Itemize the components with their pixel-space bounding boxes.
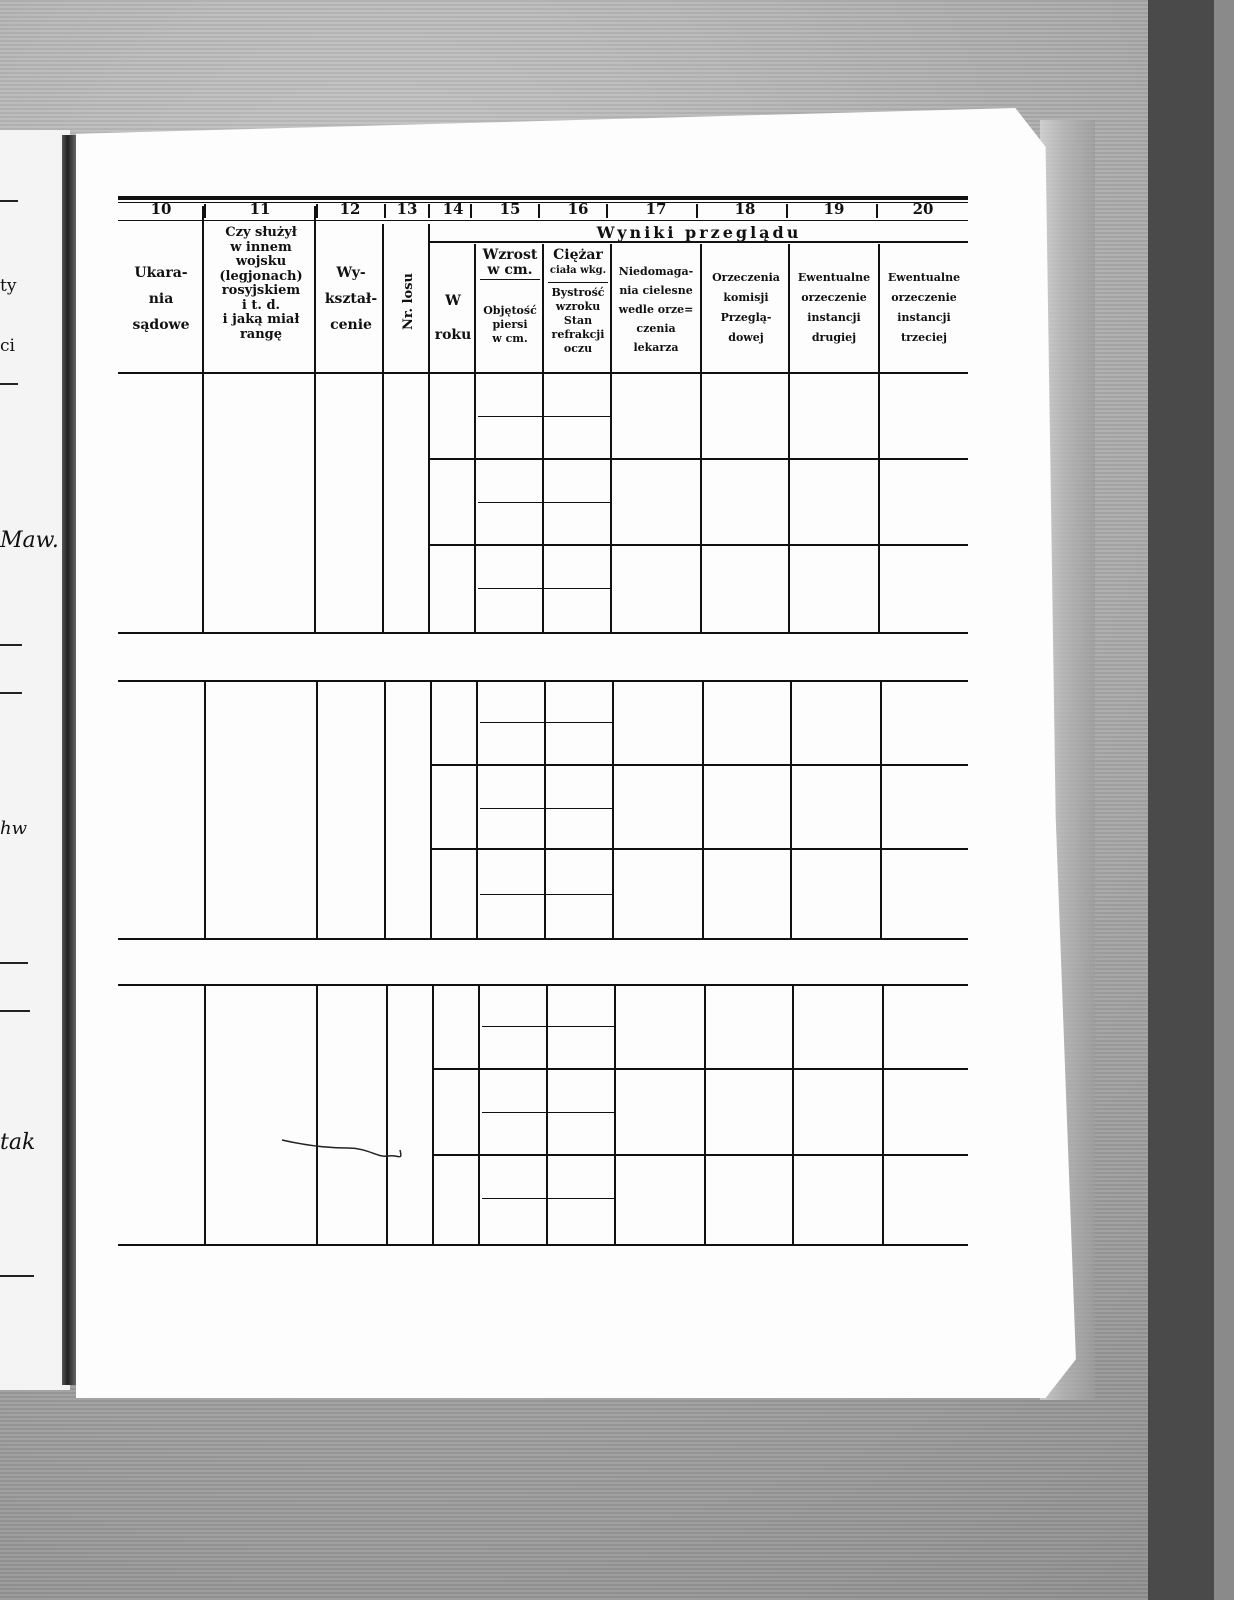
col-number-20: 20 — [878, 200, 968, 218]
col-line — [612, 682, 614, 938]
header-line: instancji — [790, 308, 878, 328]
col-number-16: 16 — [544, 200, 612, 218]
header-line: Orzeczenia — [702, 268, 790, 288]
header-line: Stan — [544, 314, 612, 328]
num-sep — [384, 204, 386, 218]
half-row-rule — [480, 722, 612, 723]
header-col-16-bottom: Bystrość wzroku Stan refrakcji oczu — [544, 286, 612, 356]
left-rule — [0, 1010, 30, 1012]
pen-stroke — [278, 1136, 408, 1166]
header-line: w cm. — [476, 332, 544, 346]
col-number-11: 11 — [204, 200, 316, 218]
col-line — [700, 374, 702, 632]
half-row-rule — [478, 416, 610, 417]
num-sep — [204, 204, 206, 218]
header-line: i jaką miał — [206, 313, 316, 328]
col-line — [432, 986, 434, 1244]
header-line: lekarza — [612, 338, 700, 357]
header-line: Ewentualne — [790, 268, 878, 288]
left-rule — [0, 644, 22, 646]
col-line — [700, 244, 702, 372]
header-line: roku — [430, 318, 476, 352]
col-line — [474, 374, 476, 632]
scan-shadow-band — [1148, 0, 1214, 1600]
col-line — [610, 244, 612, 372]
num-sep — [428, 204, 430, 218]
header-line: Objętość — [476, 304, 544, 318]
header-line: nia cielesne — [612, 281, 700, 300]
col-line — [790, 682, 792, 938]
left-handwriting-1: Maw. — [0, 528, 59, 553]
col-line — [474, 244, 476, 372]
col-line — [382, 224, 384, 372]
col-line — [478, 986, 480, 1244]
col-line — [316, 682, 318, 938]
col-line — [544, 682, 546, 938]
header-line: sądowe — [118, 312, 204, 338]
col-line — [542, 374, 544, 632]
col-line — [382, 374, 384, 632]
left-rule — [0, 383, 18, 385]
left-rule — [0, 200, 18, 202]
col-line — [386, 986, 388, 1244]
header-line: rangę — [206, 328, 316, 343]
num-sep — [876, 204, 878, 218]
col-number-15: 15 — [476, 200, 544, 218]
header-col-11: Czy służył w innem wojsku (legjonach) ro… — [206, 226, 316, 342]
header-line: drugiej — [790, 328, 878, 348]
col-line — [428, 224, 430, 372]
header-line: i t. d. — [206, 299, 316, 314]
header-col-15-bottom: Objętość piersi w cm. — [476, 304, 544, 346]
col-line — [202, 206, 204, 372]
col-line — [792, 986, 794, 1244]
col-line — [546, 986, 548, 1244]
half-row-rule — [478, 502, 610, 503]
col-line — [314, 206, 316, 372]
header-line: instancji — [880, 308, 968, 328]
left-handwriting-2: hw — [0, 818, 27, 839]
header-line: rosyjskiem — [206, 284, 316, 299]
scan-edge — [1214, 0, 1234, 1600]
col-line — [610, 374, 612, 632]
col-line — [542, 244, 544, 372]
col-number-10: 10 — [118, 200, 204, 218]
header-line: Ukara- — [118, 260, 204, 286]
num-sep — [316, 204, 318, 218]
header-col-16-top: Ciężar ciała wkg. — [544, 248, 612, 278]
block-top-rule — [118, 984, 968, 986]
section-title: Wyniki przeglądu — [430, 223, 968, 242]
header-line: Niedomaga- — [612, 262, 700, 281]
header-col-10: Ukara- nia sądowe — [118, 260, 204, 338]
left-rule — [0, 962, 28, 964]
col-line — [476, 682, 478, 938]
left-rule — [0, 1275, 34, 1277]
header-line: Ewentualne — [880, 268, 968, 288]
header-line: w innem — [206, 241, 316, 256]
header-line: orzeczenie — [880, 288, 968, 308]
half-row-rule — [482, 1112, 614, 1113]
header-line: Ciężar — [544, 248, 612, 263]
header-line: piersi — [476, 318, 544, 332]
col-line — [430, 682, 432, 938]
col-16-split — [548, 282, 608, 283]
col-line — [614, 986, 616, 1244]
half-row-rule — [482, 1198, 614, 1199]
col-number-17: 17 — [612, 200, 700, 218]
col-line — [204, 682, 206, 938]
num-sep — [606, 204, 608, 218]
header-line: wedle orze= — [612, 300, 700, 319]
col-line — [202, 374, 204, 632]
header-line: Bystrość — [544, 286, 612, 300]
left-handwriting-3: tak — [0, 1130, 35, 1155]
num-sep — [696, 204, 698, 218]
sub-row-rule — [430, 544, 968, 546]
header-line: wojsku — [206, 255, 316, 270]
sub-row-rule — [430, 458, 968, 460]
col-line — [384, 682, 386, 938]
header-col-17: Niedomaga- nia cielesne wedle orze= czen… — [612, 262, 700, 357]
header-line: trzeciej — [880, 328, 968, 348]
header-line: oczu — [544, 342, 612, 356]
half-row-rule — [480, 808, 612, 809]
header-line: Wy- — [318, 260, 384, 286]
header-col-14: W roku — [430, 284, 476, 352]
block-top-rule — [118, 680, 968, 682]
col-number-18: 18 — [700, 200, 790, 218]
book-spine — [62, 135, 76, 1385]
block-bottom-rule — [118, 938, 968, 940]
header-line: dowej — [702, 328, 790, 348]
block-bottom-rule — [118, 632, 968, 634]
left-page — [0, 130, 70, 1390]
header-col-15-top: Wzrost w cm. — [476, 248, 544, 278]
left-rule — [0, 692, 22, 694]
col-line — [704, 986, 706, 1244]
header-col-20: Ewentualne orzeczenie instancji trzeciej — [880, 268, 968, 348]
header-line: wzroku — [544, 300, 612, 314]
header-col-12: Wy- kształ- cenie — [318, 260, 384, 338]
col-line — [314, 374, 316, 632]
half-row-rule — [478, 588, 610, 589]
col-number-12: 12 — [316, 200, 384, 218]
col-line — [882, 986, 884, 1244]
numbers-rule — [118, 220, 968, 221]
header-line: nia — [118, 286, 204, 312]
col-line — [316, 986, 318, 1244]
col-line — [788, 374, 790, 632]
header-col-13: Nr. losu — [401, 273, 416, 330]
col-line — [880, 682, 882, 938]
header-line: refrakcji — [544, 328, 612, 342]
header-line: (legjonach) — [206, 270, 316, 285]
num-sep — [470, 204, 472, 218]
header-col-18: Orzeczenia komisji Przeglą- dowej — [702, 268, 790, 348]
col-line — [428, 374, 430, 632]
header-line: czenia — [612, 319, 700, 338]
header-line: Przeglą- — [702, 308, 790, 328]
header-line: W — [430, 284, 476, 318]
section-rule — [430, 241, 968, 243]
col-number-19: 19 — [790, 200, 878, 218]
header-line: kształ- — [318, 286, 384, 312]
header-line: cenie — [318, 312, 384, 338]
header-line: orzeczenie — [790, 288, 878, 308]
half-row-rule — [480, 894, 612, 895]
num-sep — [538, 204, 540, 218]
left-fragment-2: ci — [0, 336, 15, 356]
header-line: w cm. — [476, 263, 544, 278]
header-line: komisji — [702, 288, 790, 308]
col-line — [702, 682, 704, 938]
half-row-rule — [482, 1026, 614, 1027]
header-line: Czy służył — [206, 226, 316, 241]
col-number-13: 13 — [384, 200, 430, 218]
block-bottom-rule — [118, 1244, 968, 1246]
header-line: ciała wkg. — [544, 263, 612, 278]
sub-row-rule — [432, 764, 968, 766]
col-line — [788, 244, 790, 372]
col-15-split — [480, 279, 540, 280]
num-sep — [786, 204, 788, 218]
left-fragment-1: ty — [0, 276, 16, 296]
col-line — [878, 374, 880, 632]
sub-row-rule — [432, 848, 968, 850]
col-line — [204, 986, 206, 1244]
header-line: Wzrost — [476, 248, 544, 263]
header-col-19: Ewentualne orzeczenie instancji drugiej — [790, 268, 878, 348]
sub-row-rule — [434, 1154, 968, 1156]
col-line — [878, 244, 880, 372]
sub-row-rule — [434, 1068, 968, 1070]
